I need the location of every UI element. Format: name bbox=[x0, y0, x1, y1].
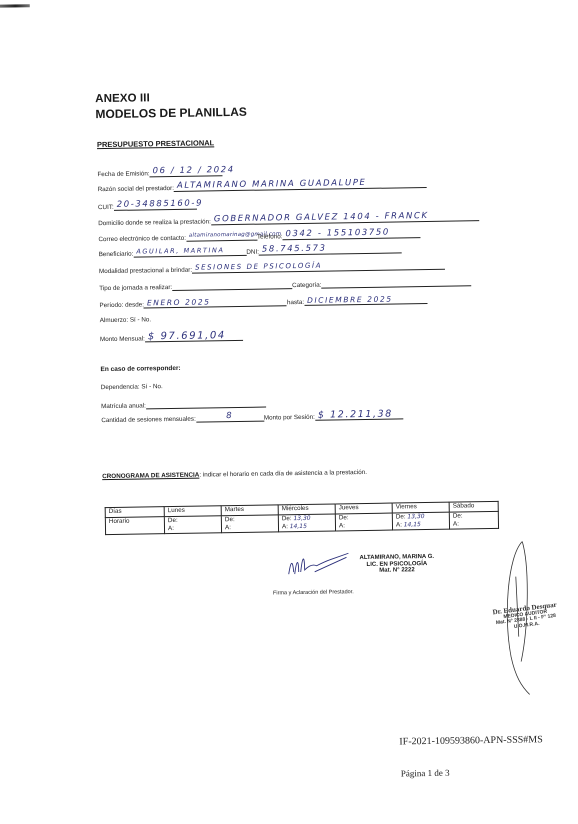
field-monto-mensual: Monto Mensual: $ 97.691,04 bbox=[100, 331, 243, 343]
cronograma-instruction: : indicar el horario en cada día de asis… bbox=[199, 469, 367, 479]
telefono-value[interactable]: 0342 - 155103750 bbox=[282, 228, 420, 240]
field-modalidad: Modalidad prestacional a brindar: SESION… bbox=[99, 260, 445, 275]
scan-artifact bbox=[0, 4, 30, 8]
periodo-desde-value[interactable]: ENERO 2025 bbox=[144, 296, 287, 308]
cell-sabado[interactable]: De: A: bbox=[449, 511, 498, 529]
provider-stamp: ALTAMIRANO, MARINA G. LIC. EN PSICOLOGÍA… bbox=[359, 554, 434, 575]
matricula-value[interactable] bbox=[146, 399, 266, 410]
cuit-value[interactable]: 20-34885160-9 bbox=[114, 200, 197, 211]
field-matricula: Matrícula anual: bbox=[101, 399, 266, 411]
correo-value[interactable]: altamiranomarinag@gmail.com bbox=[186, 231, 257, 242]
field-tipo-jornada: Tipo de jornada a realizar: Categoría: bbox=[99, 277, 471, 292]
field-correo: Correo electrónico de contacto: altamira… bbox=[98, 228, 420, 243]
field-beneficiario: Beneficiario: AGUILAR, MARTINA DNI: 58.7… bbox=[99, 243, 402, 258]
auditor-stamp: Dr. Eduardo Desquar MEDICO AUDITOR Mat. … bbox=[492, 603, 559, 633]
page-title: MODELOS DE PLANILLAS bbox=[95, 105, 247, 121]
cell-lunes[interactable]: De: A: bbox=[164, 516, 221, 534]
cronograma-title: CRONOGRAMA DE ASISTENCIA bbox=[102, 472, 199, 481]
field-razon-social: Razón social del prestador: ALTAMIRANO M… bbox=[98, 178, 427, 193]
document-id: IF-2021-109593860-APN-SSS#MS bbox=[399, 734, 543, 747]
field-domicilio: Domicilio donde se realiza la prestación… bbox=[98, 211, 479, 227]
field-cuit: CUIT: 20-34885160-9 bbox=[98, 200, 197, 212]
document-page: ANEXO III MODELOS DE PLANILLAS PRESUPUES… bbox=[0, 0, 578, 824]
provider-signature-icon bbox=[284, 547, 364, 578]
field-almuerzo: Almuerzo: Sí - No. bbox=[100, 316, 152, 324]
monto-mensual-value[interactable]: $ 97.691,04 bbox=[145, 331, 243, 343]
cell-viernes[interactable]: De: 13,30 A: 14,15 bbox=[392, 512, 449, 530]
field-sesiones: Cantidad de sesiones mensuales: 8 Monto … bbox=[101, 409, 403, 424]
fecha-value[interactable]: 06 / 12 / 2024 bbox=[149, 166, 222, 177]
page-number: Página 1 de 3 bbox=[401, 768, 450, 779]
row-label-horario: Horario bbox=[105, 517, 164, 535]
tipo-jornada-value[interactable] bbox=[172, 280, 292, 291]
cell-martes[interactable]: De: A: bbox=[221, 515, 278, 533]
modalidad-value[interactable]: SESIONES DE PSICOLOGÍA bbox=[192, 260, 445, 274]
categoria-value[interactable] bbox=[321, 277, 471, 288]
cantidad-sesiones-value[interactable]: 8 bbox=[196, 412, 264, 423]
domicilio-value[interactable]: GOBERNADOR GALVEZ 1404 - FRANCK bbox=[211, 211, 479, 225]
corresponder-title: En caso de corresponder: bbox=[100, 365, 180, 373]
beneficiario-value[interactable]: AGUILAR, MARTINA bbox=[133, 246, 246, 258]
cronograma-table: Días Lunes Martes Miércoles Jueves Viern… bbox=[105, 501, 499, 535]
field-dependencia: Dependencia: Sí - No. bbox=[101, 383, 163, 391]
cell-jueves[interactable]: De: A: bbox=[335, 513, 392, 531]
annex-label: ANEXO III bbox=[95, 92, 150, 105]
signature-caption: Firma y Aclaración del Prestador. bbox=[273, 589, 354, 596]
field-periodo: Período: desde: ENERO 2025 hasta: DICIEM… bbox=[99, 294, 427, 309]
monto-sesion-value[interactable]: $ 12.211,38 bbox=[315, 409, 403, 420]
field-fecha-emision: Fecha de Emisión: 06 / 12 / 2024 bbox=[97, 166, 222, 178]
cronograma-heading: CRONOGRAMA DE ASISTENCIA : indicar el ho… bbox=[102, 469, 367, 480]
section-title: PRESUPUESTO PRESTACIONAL bbox=[97, 138, 214, 149]
periodo-hasta-value[interactable]: DICIEMBRE 2025 bbox=[304, 294, 427, 306]
cell-miercoles[interactable]: De: 13,30 A: 14,15 bbox=[278, 514, 335, 532]
dni-value[interactable]: 58.745.573 bbox=[259, 243, 402, 255]
razon-social-value[interactable]: ALTAMIRANO MARINA GUADALUPE bbox=[174, 178, 427, 192]
